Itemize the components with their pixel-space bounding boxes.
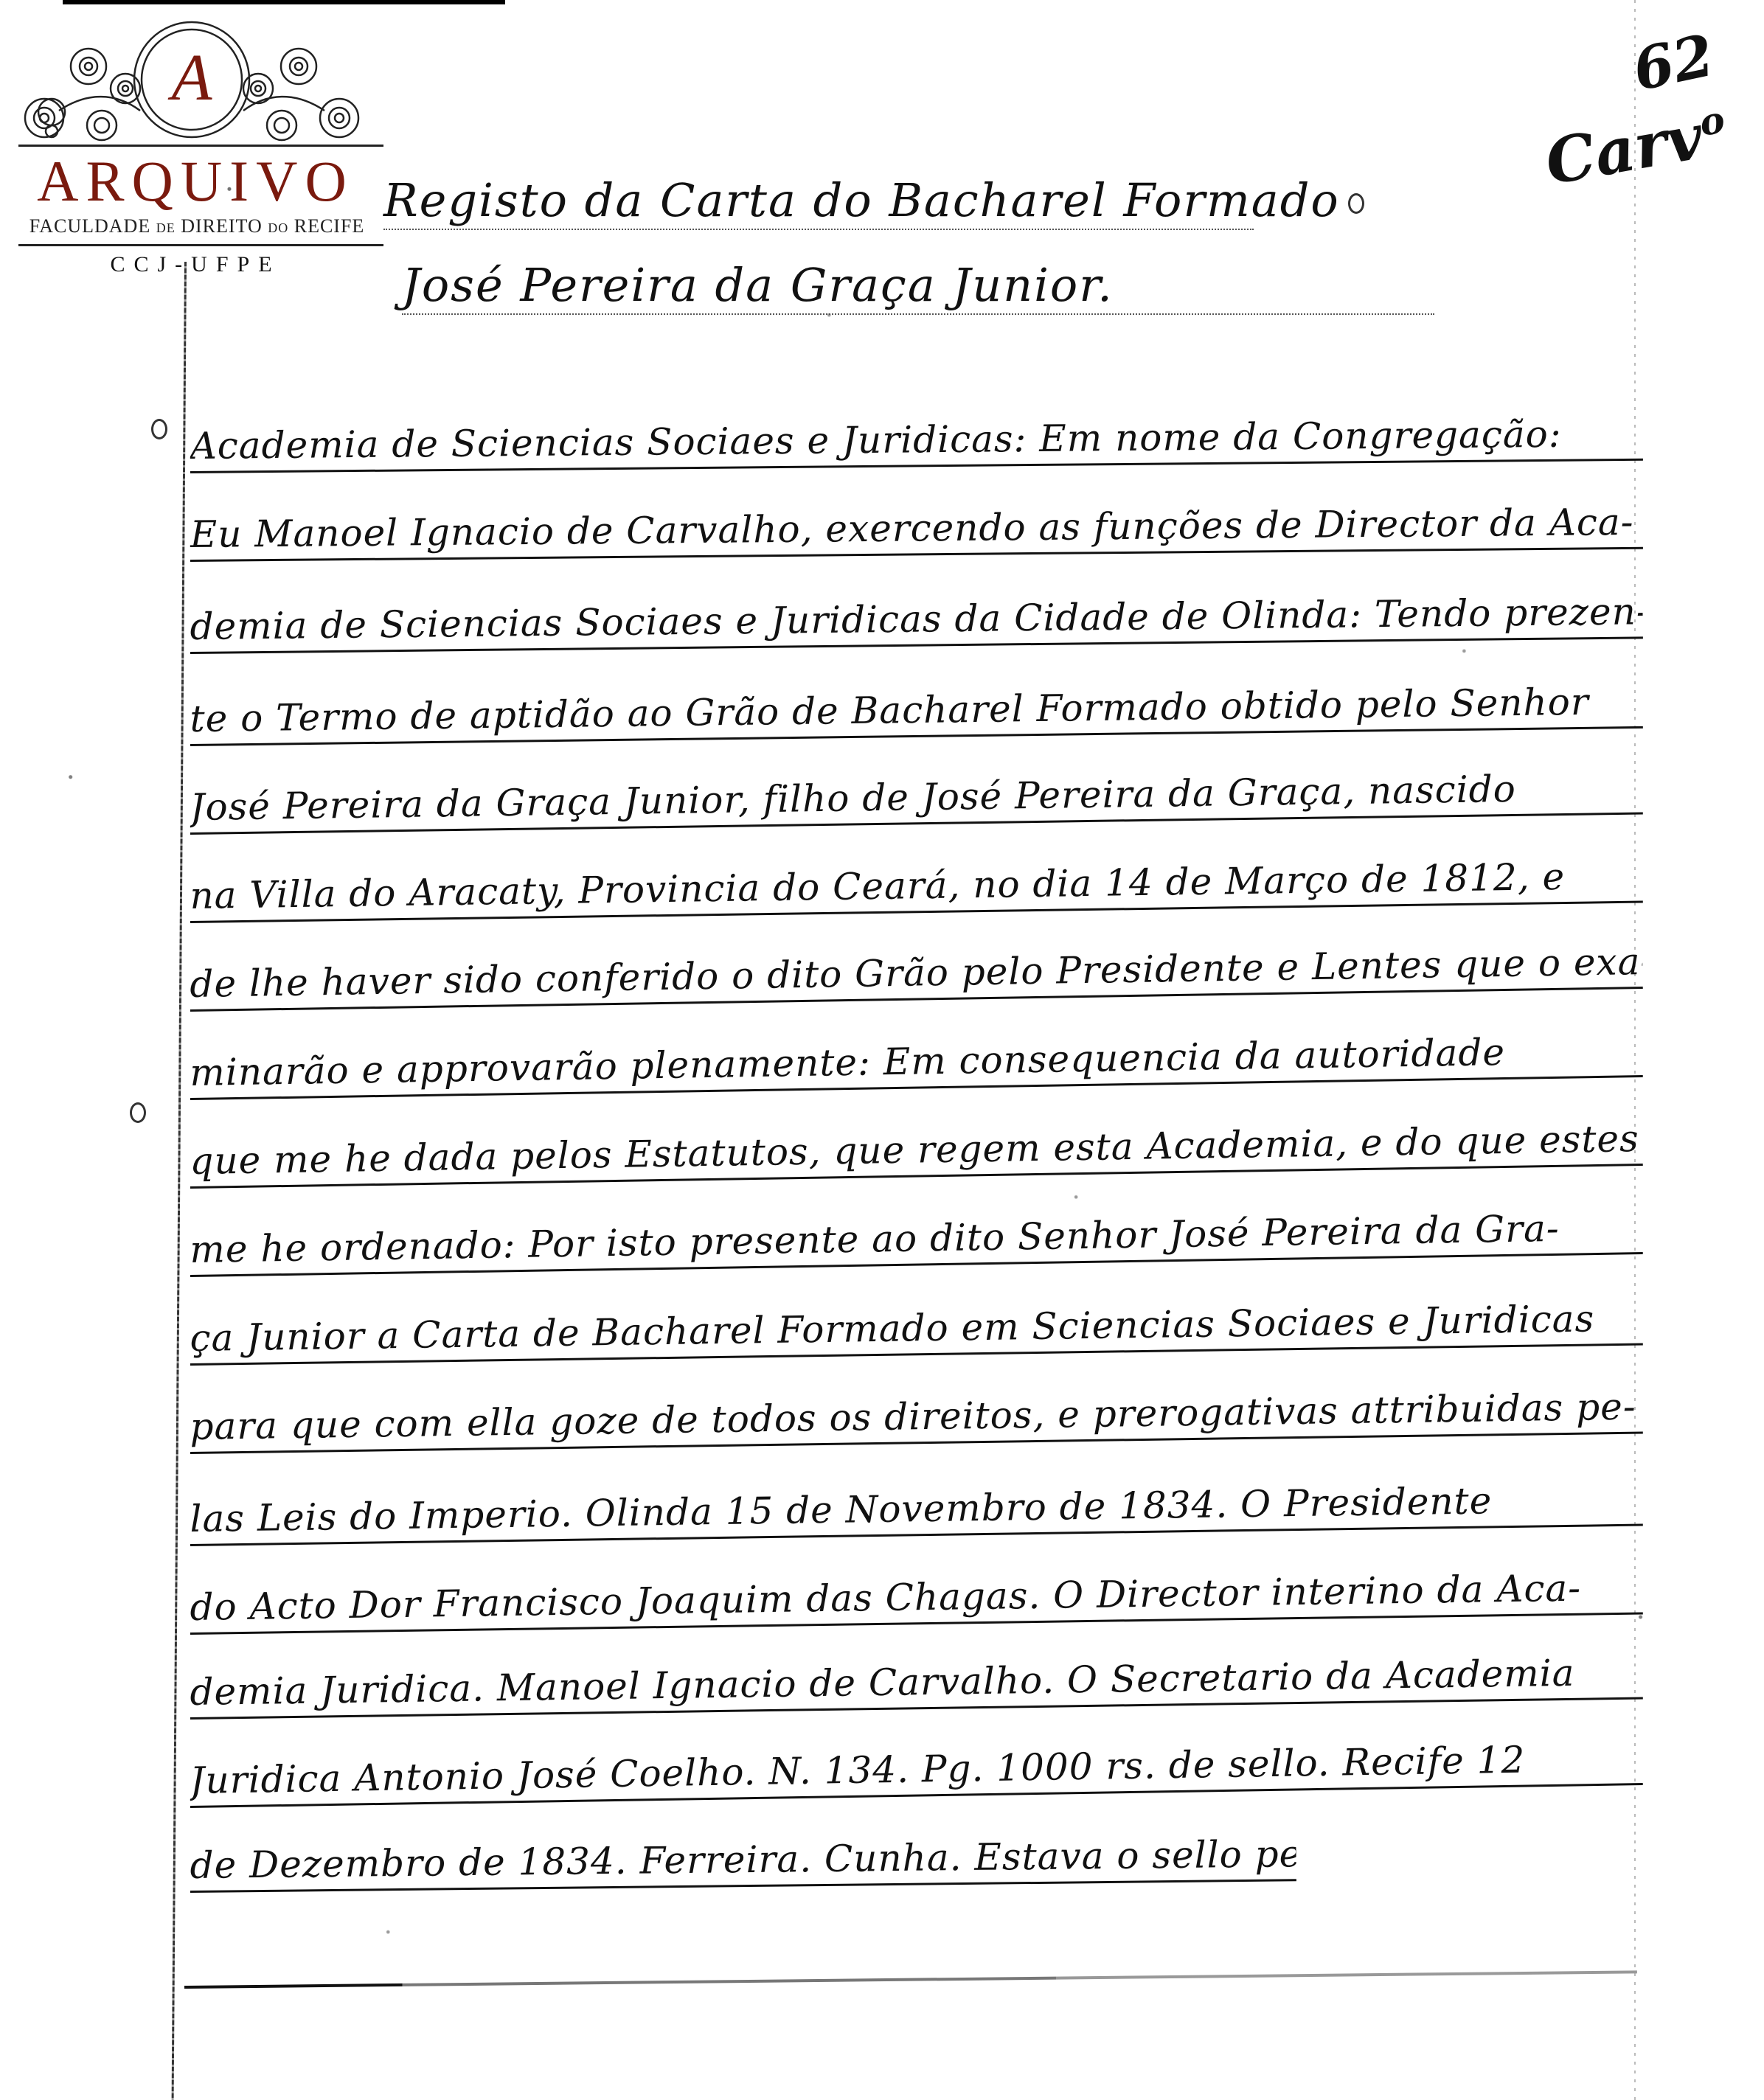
logo-subtitle: FACULDADE DE DIREITO DO RECIFE [16, 215, 378, 237]
hole-mark [151, 419, 167, 439]
document-title: Registo da Carta do Bacharel Formado [383, 173, 1254, 230]
logo-rule-bottom [18, 244, 383, 246]
body-line: me he ordenado: Por isto presente ao dit… [190, 1205, 1643, 1277]
body-line: minarão e approvarão plenamente: Em cons… [190, 1028, 1643, 1100]
hole-mark [1348, 193, 1364, 214]
scan-border [63, 0, 505, 4]
body-line: de Dezembro de 1834. Ferreira. Cunha. Es… [190, 1832, 1296, 1893]
logo-rule-top [18, 145, 383, 147]
logo-brand: ARQUIVO [7, 152, 383, 211]
body-line: Eu Manoel Ignacio de Carvalho, exercendo… [190, 500, 1643, 562]
body-line: demia de Sciencias Sociaes e Juridicas d… [190, 589, 1643, 654]
body-line: Juridica Antonio José Coelho. N. 134. Pg… [190, 1736, 1643, 1808]
body-line: las Leis do Imperio. Olinda 15 de Novemb… [190, 1477, 1643, 1546]
body-line: te o Termo de aptidão ao Grão de Bachare… [190, 679, 1643, 746]
ornament-scroll-icon: A [7, 15, 376, 147]
body-line: de lhe haver sido conferido o dito Grão … [190, 939, 1643, 1012]
body-line: para que com ella goze de todos os direi… [190, 1385, 1643, 1454]
body-line: que me he dada pelos Estatutos, que rege… [190, 1116, 1643, 1189]
body-line: José Pereira da Graça Junior, filho de J… [190, 765, 1643, 835]
body-line: na Villa do Aracaty, Provincia do Ceará,… [190, 854, 1643, 923]
page-number: 62 [1628, 22, 1720, 105]
svg-text:A: A [168, 41, 213, 114]
document-subtitle-name: José Pereira da Graça Junior. [402, 258, 1434, 315]
margin-line [172, 262, 187, 2100]
logo-institution: CCJ-UFPE [7, 252, 383, 277]
body-line: ça Junior a Carta de Bacharel Formado em… [190, 1296, 1643, 1366]
body-line: demia Juridica. Manoel Ignacio de Carval… [190, 1650, 1643, 1720]
body-line: do Acto Dor Francisco Joaquim das Chagas… [190, 1565, 1643, 1635]
hole-mark [130, 1102, 146, 1123]
margin-annotation: Carvo [1540, 95, 1732, 199]
archive-logo: A ARQUIVO FACULDADE DE DIREITO DO RECIFE… [7, 15, 376, 265]
body-line: Academia de Sciencias Sociaes e Juridica… [190, 411, 1643, 473]
closing-rule [184, 1970, 1637, 1989]
